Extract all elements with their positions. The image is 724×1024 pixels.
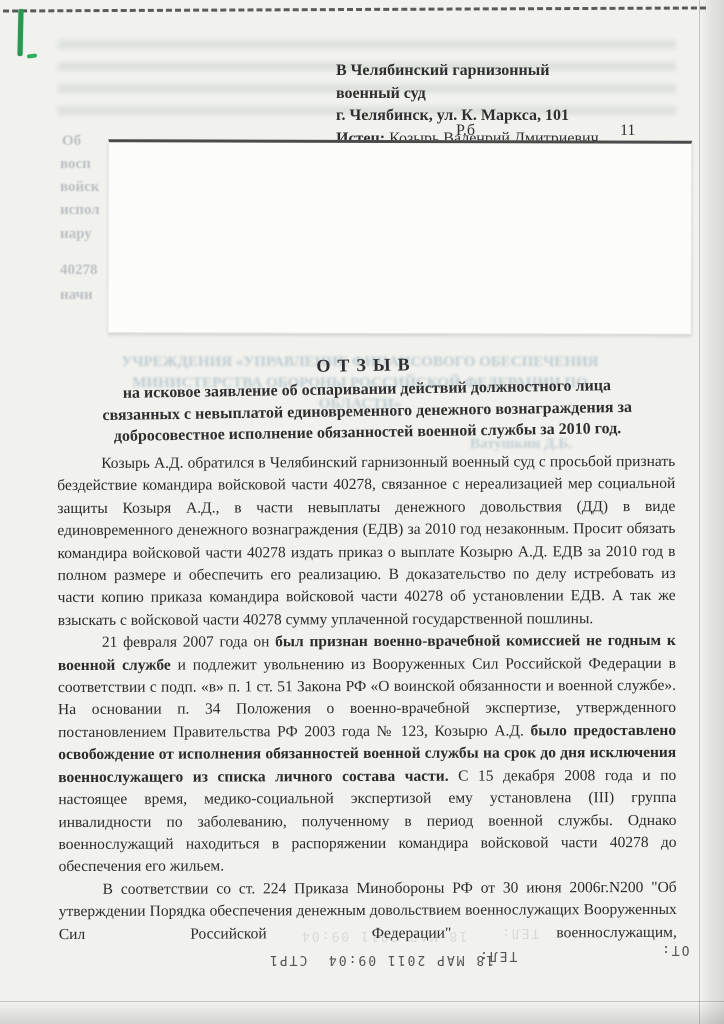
bleed-margin-fragment: испол [60,202,100,219]
bleed-margin-fragment: Об [62,133,81,150]
bleed-margin-fragment: нару [60,226,92,243]
page-right-edge-shadow [699,0,724,1024]
paragraph-2: 21 февраля 2007 года он был признан воен… [58,630,677,879]
covered-address-fragment-right: 11 [620,122,635,140]
redaction-overlay [108,139,693,335]
fax-from-label: ОТ: [660,942,689,957]
bleed-margin-fragment: войск [60,179,99,196]
page-bottom-edge-shadow [0,1001,724,1024]
bleed-margin-fragment: начи [60,287,93,304]
document-body: Козырь А.Д. обратился в Челябинский гарн… [57,451,677,946]
bleed-margin-fragment: 40278 [60,262,98,279]
green-pen-mark [18,9,24,56]
fax-tel-label-ghost: ТЕЛ: [500,925,539,940]
covered-address-fragment-left: Р.б [456,122,475,140]
document-title-block: ОТЗЫВ на исковое заявление об оспаривани… [57,350,676,448]
perforation-dashed-line [0,6,706,12]
fax-timestamp-text: 18 МАР 2011 09:04 [327,952,494,967]
green-pen-dash [27,53,37,58]
fax-timestamp: 18 МАР 2011 09:04 СТР1 [268,952,494,967]
court-name-line2: военный суд [336,83,706,106]
fax-timestamp-ghost: 18 МАР 2011 09:04 [300,928,467,943]
p2-segment: 21 февраля 2007 года он [102,634,275,652]
court-name-line1: В Челябинский гарнизонный [336,60,706,83]
fax-tel-label: ТЕЛ: [478,948,517,963]
bleed-margin-fragment: восп [60,156,91,173]
paragraph-1: Козырь А.Д. обратился в Челябинский гарн… [57,451,676,632]
fax-page-label: СТР1 [268,952,307,967]
scanned-document-page: УЧРЕЖДЕНИЯ «УПРАВЛЕНИЕ ФИНАНСОВОГО ОБЕСП… [0,0,724,1024]
